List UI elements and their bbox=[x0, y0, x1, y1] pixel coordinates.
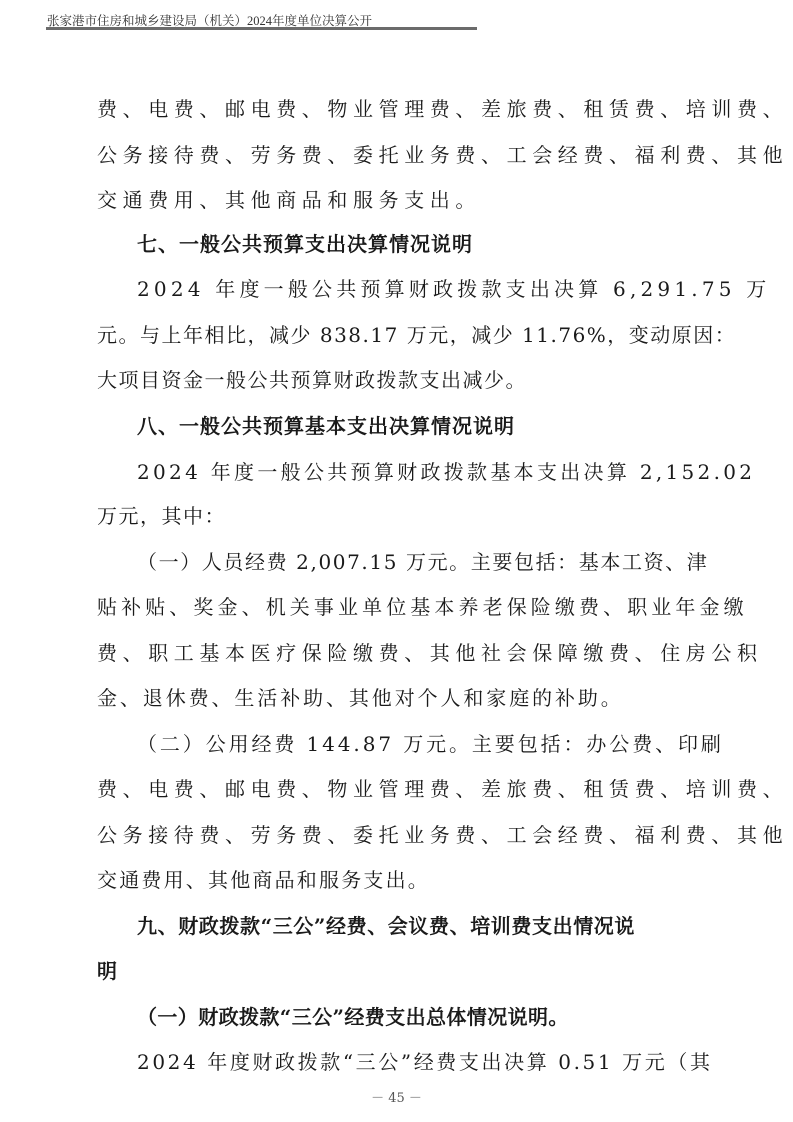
body-line: 费、电费、邮电费、物业管理费、差旅费、租赁费、培训费、 bbox=[97, 96, 788, 122]
header-rule bbox=[46, 27, 477, 30]
body-line: 交通费用、其他商品和服务支出。 bbox=[97, 187, 481, 213]
body-line: 公务接待费、劳务费、委托业务费、工会经费、福利费、其他 bbox=[97, 142, 788, 168]
section-heading: 九、财政拨款“三公”经费、会议费、培训费支出情况说 bbox=[137, 913, 635, 939]
section-heading: 七、一般公共预算支出决算情况说明 bbox=[137, 231, 473, 257]
body-line: 大项目资金一般公共预算财政拨款支出减少。 bbox=[97, 367, 527, 393]
body-line: 费、职工基本医疗保险缴费、其他社会保障缴费、住房公积 bbox=[97, 640, 763, 666]
body-line: 费、电费、邮电费、物业管理费、差旅费、租赁费、培训费、 bbox=[97, 776, 788, 802]
body-line: （一）人员经费 2,007.15 万元。主要包括：基本工资、津 bbox=[137, 549, 708, 575]
section-heading: 八、一般公共预算基本支出决算情况说明 bbox=[137, 413, 515, 439]
body-line: 2024 年度财政拨款“三公”经费支出决算 0.51 万元（其 bbox=[137, 1049, 713, 1075]
body-line: 交通费用、其他商品和服务支出。 bbox=[97, 867, 430, 893]
body-line: 金、退休费、生活补助、其他对个人和家庭的补助。 bbox=[97, 685, 624, 711]
subsection-heading: （一）财政拨款“三公”经费支出总体情况说明。 bbox=[137, 1004, 569, 1030]
body-line: 贴补贴、奖金、机关事业单位基本养老保险缴费、职业年金缴 bbox=[97, 594, 748, 620]
body-line: 2024 年度一般公共预算财政拨款支出决算 6,291.75 万 bbox=[137, 276, 770, 302]
body-line: 万元，其中： bbox=[97, 503, 226, 529]
section-heading: 明 bbox=[97, 958, 118, 984]
body-line: （二）公用经费 144.87 万元。主要包括：办公费、印刷 bbox=[137, 731, 724, 757]
body-line: 公务接待费、劳务费、委托业务费、工会经费、福利费、其他 bbox=[97, 822, 788, 848]
page-number: － 45 － bbox=[0, 1087, 793, 1106]
body-line: 2024 年度一般公共预算财政拨款基本支出决算 2,152.02 bbox=[137, 459, 755, 485]
body-line: 元。与上年相比，减少 838.17 万元，减少 11.76%，变动原因： bbox=[97, 322, 736, 348]
